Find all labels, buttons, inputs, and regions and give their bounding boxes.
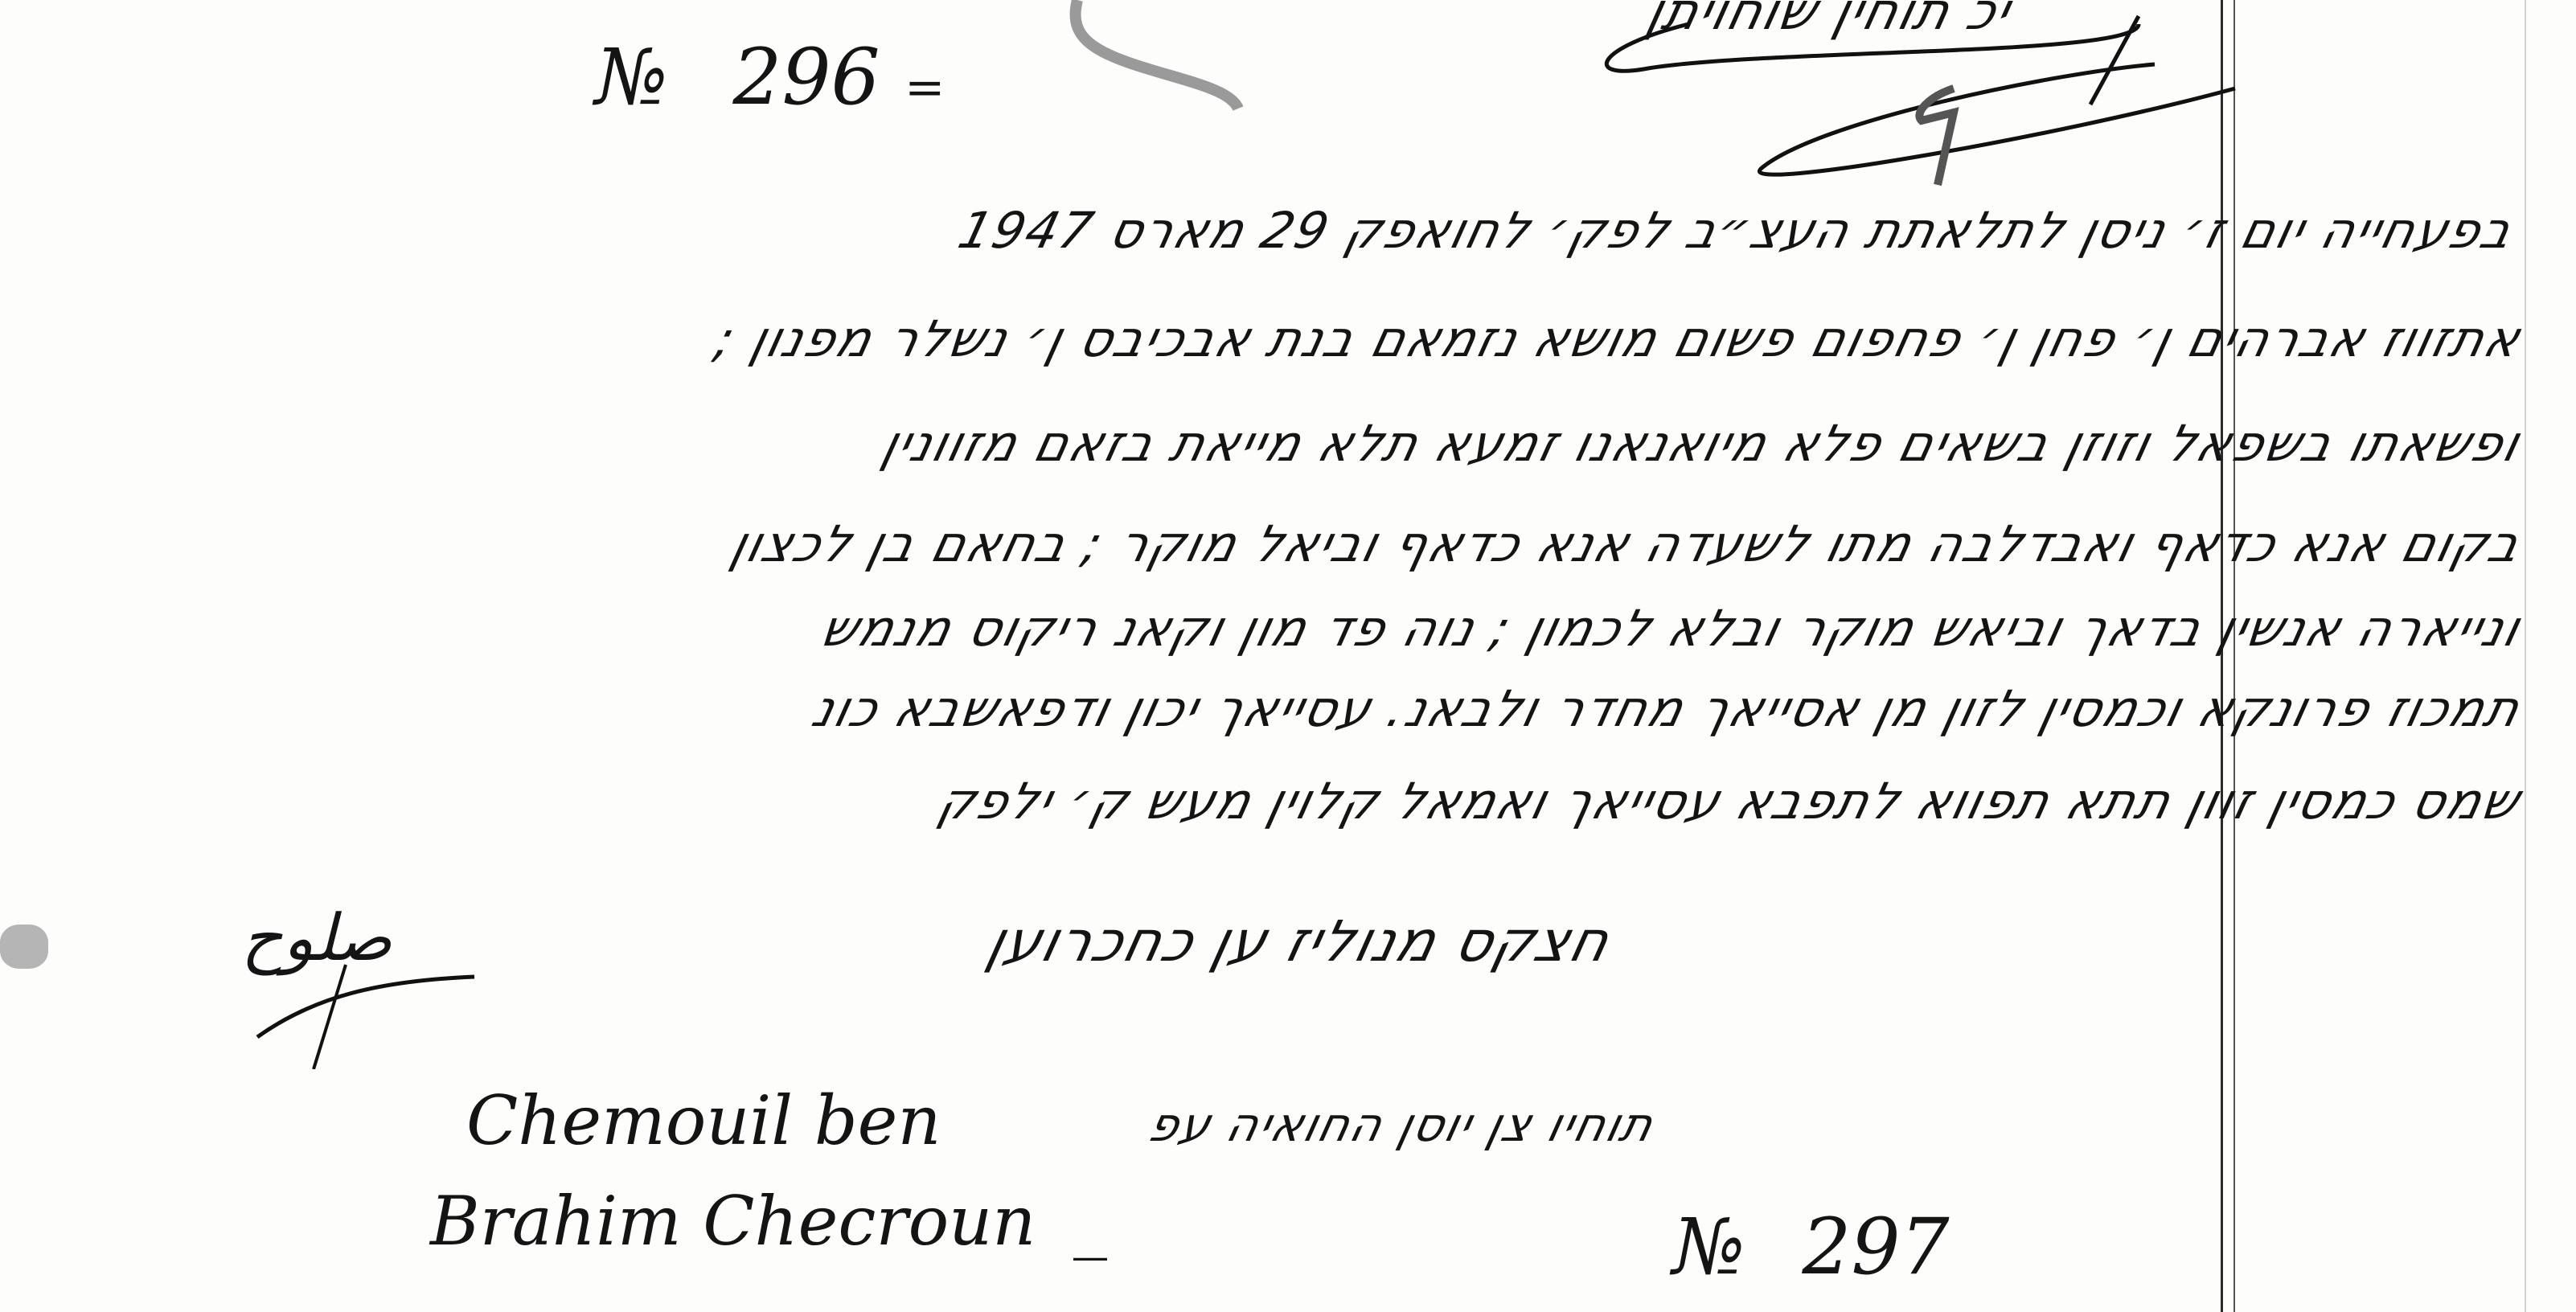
signature-flourish-top <box>1576 0 2299 225</box>
scanned-document-page: № 296 = יכ תוחין שוחויתן בפעחייה יום ז׳ … <box>0 0 2576 1312</box>
signature-latin-line1: Chemouil ben <box>466 1081 941 1160</box>
number-sign: № <box>595 32 668 122</box>
body-line-7: שמס כמסין זוון תתא תפווא לתפבא עסייאך וא… <box>933 772 2527 830</box>
number-sign: № <box>1672 1202 1745 1292</box>
body-line-6: תמכוז פרונקא וכמסין לזון מן אסייאך מחדר … <box>806 679 2527 738</box>
entry-number-bottom: № 297 <box>1672 1202 1950 1292</box>
entry-number-suffix: = <box>904 59 945 116</box>
body-line-2: אתזווז אברהים ן׳ פחן ן׳ פחפום פשום מושא … <box>708 310 2527 368</box>
entry-number-value: 297 <box>1802 1202 1949 1292</box>
entry-number-top: № 296 = <box>595 32 945 122</box>
ink-blot <box>0 925 48 969</box>
entry-number-value: 296 <box>732 32 880 122</box>
signature-latin-dash: _ <box>1073 1182 1107 1261</box>
body-line-1: בפעחייה יום ז׳ ניסן לתלאתת העצ״ב לפק׳ לח… <box>953 201 2519 260</box>
body-line-4: בקום אנא כדאף ואבדלבה מתו לשעדה אנא כדאף… <box>725 515 2527 573</box>
signature-latin-line2: Brahim Checroun _ <box>430 1182 1107 1261</box>
signature-hebrew-right: תוחיו צן יוסן החואיה עפ <box>1143 1097 1660 1152</box>
signature-latin-name: Brahim Checroun <box>430 1182 1036 1261</box>
body-line-5: ונייארה אנשין בדאך וביאש מוקר ובלא לכמון… <box>815 599 2527 658</box>
page-edge-rule <box>2525 0 2526 1312</box>
body-line-3: ופשאתו בשפאל וזוזן בשאים פלא מיואנאנו זמ… <box>876 414 2527 473</box>
ink-stain-curl <box>1069 0 1254 113</box>
signature-hebrew-center: חצקס מנוליז ען כחכרוען <box>981 908 1618 974</box>
signature-arabic-flourish <box>249 949 490 1069</box>
